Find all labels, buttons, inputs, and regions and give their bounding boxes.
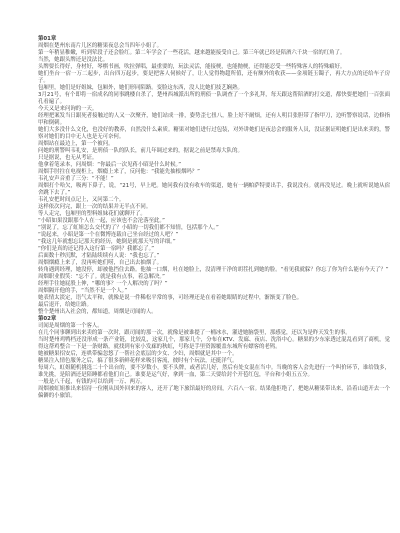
paragraph: 周烟在楚州东南片儿区的糖果夜总会当四年小姐了。 [38, 43, 390, 50]
paragraph: “你们是真的还记得入这行第一宿吗？我都忘了。” [38, 246, 390, 253]
chapter-heading: 第02章 [38, 316, 390, 323]
paragraph: 3月21号，有个即将一宿成名的同事跳楼自杀了，楚州西城派出所的刑侦一队调查了一个… [38, 92, 390, 106]
paragraph: 糖果注入情色服务之后，搞了很多新鲜花样来吸引客流，彼时有个玩法，还挺洋气。 [38, 358, 390, 365]
paragraph: 只是据说，也无从考证。 [38, 155, 390, 162]
document-page: 第01章周烟在楚州东南片儿区的糖果夜总会当四年小姐了。第一年稍显稚嫩，听到荤段子… [0, 0, 400, 533]
paragraph: 周烟手肘拄在电视柜上，烟瘾上来了，反问他：“我能先抽根烟吗？” [38, 169, 390, 176]
paragraph: 韦礼安声音重了三分：“不能！” [38, 176, 390, 183]
paragraph: “我这几年就想忘记那天的经历，她倒是就那天写的详细。” [38, 239, 390, 246]
paragraph: 周烟隔开他的手，“当然不是一个人。” [38, 288, 390, 295]
paragraph: 周烟打个哈欠，吸两下鼻子，说，“21号，早上吧。她问我有没有收车的渠道，她有一辆… [38, 183, 390, 197]
paragraph: “说起来，小昭是第一个在微博连载自己坐台经过的人吧？” [38, 232, 390, 239]
paragraph: 包厢里，她们是好姐妹，包厢外，她们形同陌路。变脸这东西，没人比她们技艺娴熟。 [38, 85, 390, 92]
paragraph: 第一年稍显稚嫩，听到荤段子还会脸红。第二年学会了一些花活，越来越能接受自己。第三… [38, 50, 390, 57]
paragraph: 在几个同事聊到出来卖的第一次时，跟司闻的那一次，就像是被谁提了一桶冰水，灌进她脑… [38, 330, 390, 337]
chapter-heading: 第01章 [38, 36, 390, 43]
paragraph: 整个楚州出入社会的，都知道，周烟是司闻的人。 [38, 309, 390, 316]
paragraph: 他拿着笔录本，问周烟：“你最后一次见蒋小昭是什么时候。” [38, 162, 390, 169]
paragraph: 她表情太淡定，语气太平和，就像是说一件稀松平常的事，可经理还是在看着她眼睛的过程… [38, 295, 390, 302]
paragraph: 经理把案发当日跟死者接触过的人又一次聚齐，她们站成一排，姿势歪七扭八，脸上好不耐… [38, 113, 390, 127]
paragraph: 周烟烟瘾上来了，没再听她们唠，自己出去抽烟了。 [38, 260, 390, 267]
paragraph: 周烟站在最边上，第一个被问。 [38, 141, 390, 148]
paragraph: 一般是八千起，有钱的可以给到一万、两万。 [38, 379, 390, 386]
paragraph: 她们大多没什么文化，也没好的教养，自然没什么素质。糖果对她们进行过包装，对外讲她… [38, 127, 390, 141]
paragraph: 最后退开，给她让路。 [38, 302, 390, 309]
paragraph: 周烟被虹姐推出来招待一位刚从国外回来的客人，还开了地下旅馆最好的房间，六百八一宿… [38, 386, 390, 400]
paragraph: 后面数十秒沉默，才陆陆续续有人说：“我也忘了。” [38, 253, 390, 260]
paragraph: 她被糖果招安后，连哄带骗忽悠了一帮社会底层的少女、少妇，周烟就是其中一个。 [38, 351, 390, 358]
paragraph: 韦礼安把时间点记上，又问第二个。 [38, 197, 390, 204]
paragraph: 她们坐台一宿一万二起步，出台四万起步，要是把客人伺候好了，让人觉得物超所值，还有… [38, 71, 390, 85]
paragraph: 这样依次问完，跟上一次的结果并无半点不同。 [38, 204, 390, 211]
paragraph: 当然，她跟头牌还是没法比。 [38, 57, 390, 64]
paragraph: 头牌要长得好，身材好，琴棋书画，吹拉弹唱，最重要的，玩法灵活，能接梗，也能抛梗，… [38, 64, 390, 71]
paragraph: 每周六，虹姐随机挑选二十个出台的，要不岁数小，要不头牌，或者活儿好，然后有处女混… [38, 365, 390, 379]
paragraph: 问她的刑警叫韦礼安，是刑侦一队的队长，前几年调过来的，据说之前是禁毒大队的。 [38, 148, 390, 155]
paragraph: “小昭如果没跟那个人在一起，应该也不会沦落至此。” [38, 218, 390, 225]
paragraph: 司闻是周烟的第一个客人。 [38, 323, 390, 330]
paragraph: 当时楚州鸡鸭档还没形成一条产业链，比较乱，这家几个，那家几个，分布在KTV、发廊… [38, 337, 390, 351]
paragraph: 转角遇到经理，她没停，却被他挡住去路。他抽一口烟，吐在她脸上，没清理干净的胡茬扎… [38, 267, 390, 274]
paragraph: 等人走完，包厢里的塑料姐妹花们就聊开了。 [38, 211, 390, 218]
paragraph: “别说了，忘了虹姐怎么交代的了？小昭的一切我们都不知情，包括那个人。” [38, 225, 390, 232]
paragraph: 今天又是来问询的一天。 [38, 106, 390, 113]
paragraph: 周烟职业假笑：“忘不了。就是我有点事，着急解决。” [38, 274, 390, 281]
paragraph: 经理手往她屁股上伸，“哪的事？一个人解决的了吗？” [38, 281, 390, 288]
document-text: 第01章周烟在楚州东南片儿区的糖果夜总会当四年小姐了。第一年稍显稚嫩，听到荤段子… [38, 36, 390, 400]
